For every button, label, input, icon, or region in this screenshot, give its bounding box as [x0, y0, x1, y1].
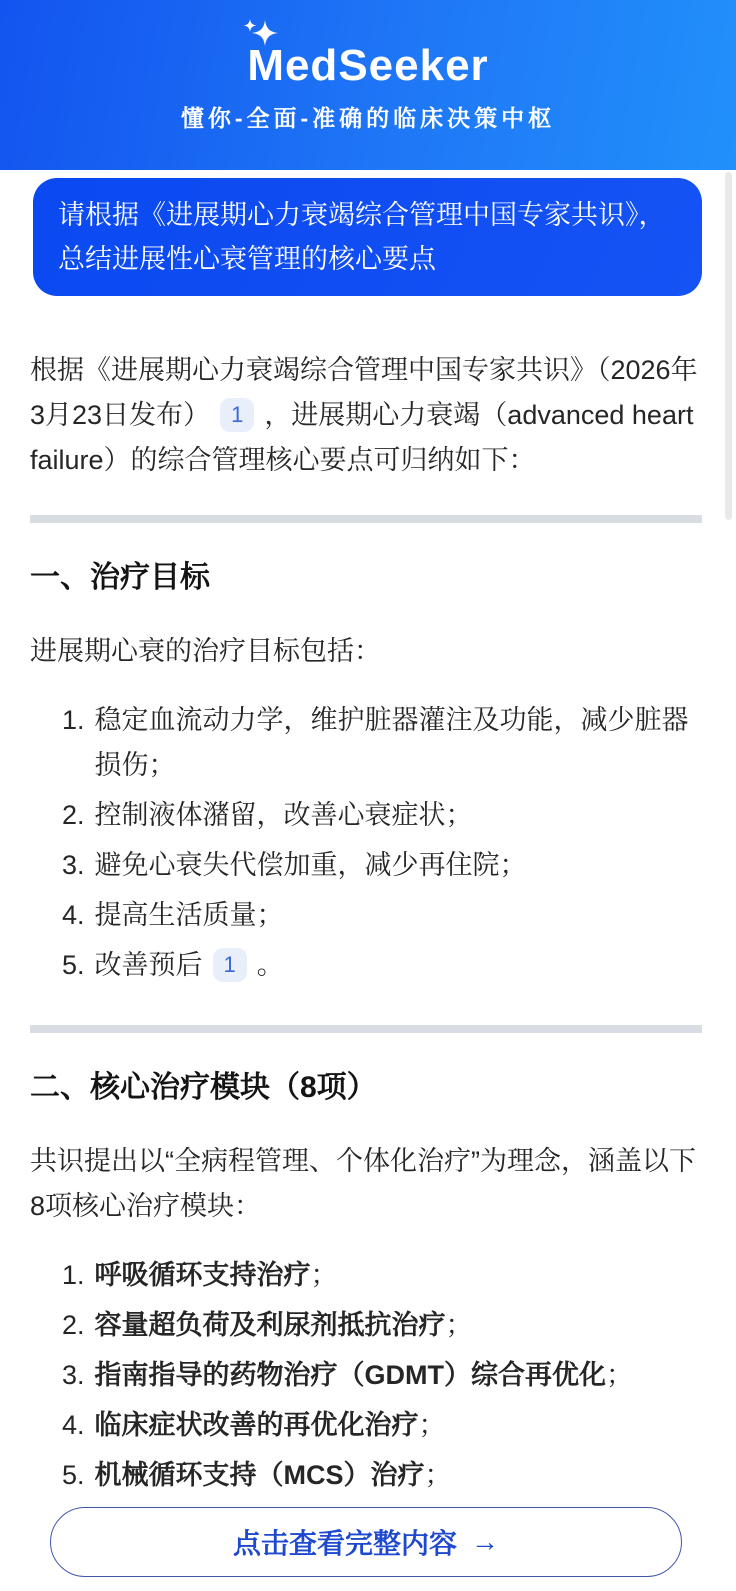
list-item: 2. 容量超负荷及利尿剂抵抗治疗； — [62, 1303, 702, 1348]
list-item-text: 控制液体潴留，改善心衰症状； — [95, 793, 473, 838]
list-item-number: 5. — [62, 943, 85, 988]
list-item-text: 改善预后1。 — [95, 943, 284, 988]
list-item-suffix: ； — [446, 1310, 473, 1340]
list-item-number: 1. — [62, 698, 85, 788]
section-heading-1: 一、治疗目标 — [30, 559, 702, 597]
list-item-number: 3. — [62, 1353, 85, 1398]
list-item-suffix: ； — [425, 1460, 452, 1490]
module-name: 呼吸循环支持治疗 — [95, 1260, 311, 1290]
list-item-text: 机械循环支持（MCS）治疗； — [95, 1453, 452, 1498]
view-full-content-label: 点击查看完整内容 — [233, 1522, 457, 1562]
list-item: 3. 指南指导的药物治疗（GDMT）综合再优化； — [62, 1353, 702, 1398]
answer-intro: 根据《进展期心力衰竭综合管理中国专家共识》（2026年3月23日发布）1，进展期… — [30, 348, 702, 483]
answer-content: 根据《进展期心力衰竭综合管理中国专家共识》（2026年3月23日发布）1，进展期… — [0, 296, 736, 1591]
list-item-text: 提高生活质量； — [95, 893, 284, 938]
list-item: 3. 避免心衰失代偿加重，减少再住院； — [62, 843, 702, 888]
list-item-suffix: ； — [606, 1360, 633, 1390]
list-item-number: 2. — [62, 1303, 85, 1348]
arrow-right-icon: → — [471, 1526, 499, 1558]
citation-badge[interactable]: 1 — [220, 398, 254, 432]
section-lead-2: 共识提出以“全病程管理、个体化治疗”为理念，涵盖以下8项核心治疗模块： — [30, 1139, 702, 1229]
list-item-text-part: 改善预后 — [95, 950, 203, 980]
list-item-number: 4. — [62, 1403, 85, 1448]
section-lead-1: 进展期心衰的治疗目标包括： — [30, 629, 702, 674]
module-name: 临床症状改善的再优化治疗 — [95, 1410, 419, 1440]
app-logo: MedSeeker — [247, 44, 488, 88]
user-question-bubble: 请根据《进展期心力衰竭综合管理中国专家共识》，总结进展性心衰管理的核心要点 — [33, 178, 702, 296]
list-item-number: 1. — [62, 1253, 85, 1298]
list-item: 4. 临床症状改善的再优化治疗； — [62, 1403, 702, 1448]
list-item: 5. 机械循环支持（MCS）治疗； — [62, 1453, 702, 1498]
treatment-goals-list: 1. 稳定血流动力学，维护脏器灌注及功能，减少脏器损伤； 2. 控制液体潴留，改… — [30, 698, 702, 993]
list-item: 1. 呼吸循环支持治疗； — [62, 1253, 702, 1298]
list-item-suffix: 。 — [257, 950, 284, 980]
section-divider — [30, 515, 702, 523]
list-item-text: 呼吸循环支持治疗； — [95, 1253, 338, 1298]
sparkles-icon — [241, 18, 281, 52]
list-item: 1. 稳定血流动力学，维护脏器灌注及功能，减少脏器损伤； — [62, 698, 702, 788]
list-item-number: 5. — [62, 1453, 85, 1498]
list-item-suffix: ； — [311, 1260, 338, 1290]
app-title: MedSeeker — [247, 44, 488, 88]
medseeker-page: { "header": { "logo": "MedSeeker", "tagl… — [0, 0, 736, 1591]
citation-badge[interactable]: 1 — [213, 948, 247, 982]
section-divider — [30, 1025, 702, 1033]
list-item-suffix: ； — [419, 1410, 446, 1440]
treatment-modules-list: 1. 呼吸循环支持治疗； 2. 容量超负荷及利尿剂抵抗治疗； 3. 指南指导的药… — [30, 1253, 702, 1503]
list-item: 2. 控制液体潴留，改善心衰症状； — [62, 793, 702, 838]
list-item-text: 临床症状改善的再优化治疗； — [95, 1403, 446, 1448]
list-item-number: 2. — [62, 793, 85, 838]
list-item-text: 避免心衰失代偿加重，减少再住院； — [95, 843, 527, 888]
app-tagline: 懂你-全面-准确的临床决策中枢 — [181, 100, 555, 133]
list-item-number: 3. — [62, 843, 85, 888]
list-item: 4. 提高生活质量； — [62, 893, 702, 938]
module-name: 指南指导的药物治疗（GDMT）综合再优化 — [95, 1360, 606, 1390]
list-item: 5. 改善预后1。 — [62, 943, 702, 988]
list-item-text: 容量超负荷及利尿剂抵抗治疗； — [95, 1303, 473, 1348]
list-item-text: 稳定血流动力学，维护脏器灌注及功能，减少脏器损伤； — [95, 698, 702, 788]
module-name: 机械循环支持（MCS）治疗 — [95, 1460, 425, 1490]
view-full-content-button[interactable]: 点击查看完整内容 → — [50, 1507, 682, 1577]
list-item-number: 4. — [62, 893, 85, 938]
app-header: MedSeeker 懂你-全面-准确的临床决策中枢 — [0, 0, 736, 170]
scrollbar-thumb[interactable] — [725, 172, 732, 520]
section-heading-2: 二、核心治疗模块（8项） — [30, 1069, 702, 1107]
module-name: 容量超负荷及利尿剂抵抗治疗 — [95, 1310, 446, 1340]
list-item-text: 指南指导的药物治疗（GDMT）综合再优化； — [95, 1353, 633, 1398]
